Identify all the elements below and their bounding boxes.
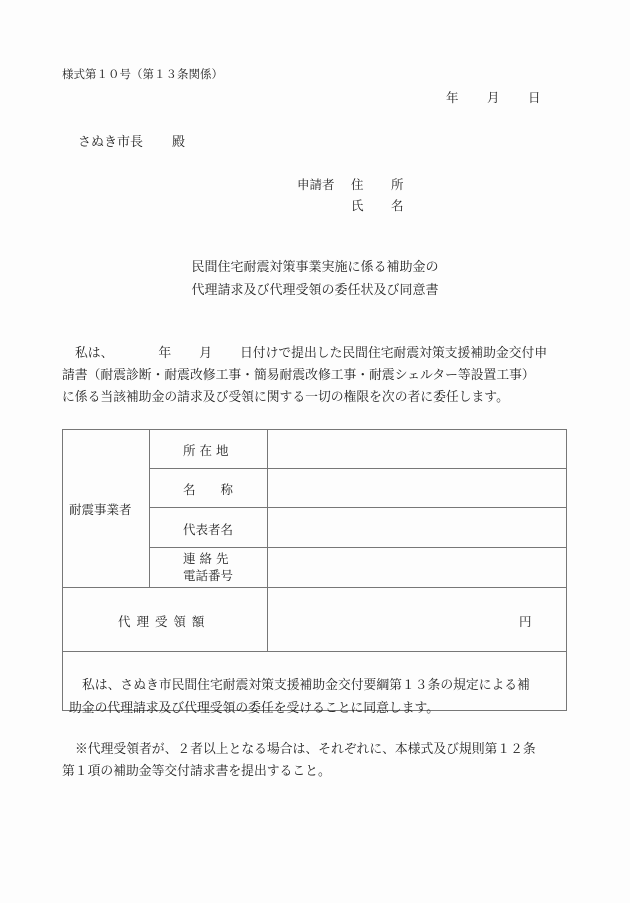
applicant-name-label-2: 名: [391, 196, 404, 214]
date-day-label: 日: [528, 88, 541, 106]
location-label: 所 在 地: [183, 441, 228, 459]
applicant-address-label-2: 所: [391, 175, 404, 193]
proxy-amount-label: 代 理 受 領 額: [118, 612, 205, 630]
date-month-label: 月: [487, 88, 500, 106]
title-line-1: 民間住宅耐震対策事業実施に係る補助金の: [0, 256, 630, 280]
contact-label-line-2: 電話番号: [183, 568, 233, 584]
applicant-name-label-1: 氏: [351, 196, 364, 214]
yen-unit-label: 円: [519, 612, 532, 630]
phone-field[interactable]: [269, 548, 565, 587]
footnote: ※代理受領者が、２者以上となる場合は、それぞれに、本様式及び規則第１２条 第１項…: [62, 739, 536, 783]
representative-label: 代表者名: [183, 520, 233, 538]
form-number: 様式第１０号（第１３条関係）: [62, 66, 223, 82]
intro-paragraph: 私は、年月日付けで提出した民間住宅耐震対策支援補助金交付申 請書（耐震診断・耐震…: [62, 343, 572, 409]
date-year-label: 年: [446, 88, 459, 106]
intro-line-1-start: 私は、: [62, 346, 113, 361]
contact-label-line-1: 連 絡 先: [183, 551, 228, 567]
representative-field[interactable]: [269, 508, 565, 547]
applicant-address-label-1: 住: [351, 175, 364, 193]
addressee-honorific: 殿: [172, 131, 185, 150]
proxy-amount-field[interactable]: [269, 588, 529, 651]
company-name-field[interactable]: [269, 469, 565, 507]
company-name-label: 名 称: [183, 480, 233, 498]
intro-line-1-end: 日付けで提出した民間住宅耐震対策支援補助金交付申: [240, 346, 547, 361]
consent-line-2: 助金の代理請求及び代理受領の委任を受けることに同意します。: [69, 697, 563, 720]
contractor-table: 耐震事業者 所 在 地 名 称 代表者名 連 絡 先 電話番号 代 理 受 領 …: [62, 429, 567, 711]
intro-line-1: 私は、年月日付けで提出した民間住宅耐震対策支援補助金交付申: [62, 343, 572, 365]
intro-line-2: 請書（耐震診断・耐震改修工事・簡易耐震改修工事・耐震シェルター等設置工事）: [62, 365, 572, 387]
addressee-name: さぬき市長: [78, 131, 143, 150]
location-field[interactable]: [269, 430, 565, 468]
footnote-line-1: ※代理受領者が、２者以上となる場合は、それぞれに、本様式及び規則第１２条: [62, 739, 536, 761]
footnote-line-2: 第１項の補助金等交付請求書を提出すること。: [62, 761, 536, 783]
intro-year-label: 年: [158, 346, 171, 361]
column-divider: [267, 430, 268, 651]
applicant-label: 申請者: [297, 175, 335, 193]
consent-line-1: 私は、さぬき市民間住宅耐震対策支援補助金交付要綱第１３条の規定による補: [69, 674, 563, 697]
intro-line-3: に係る当該補助金の請求及び受領に関する一切の権限を次の者に委任します。: [62, 387, 572, 409]
intro-month-label: 月: [199, 346, 212, 361]
row-divider: [63, 651, 566, 652]
contractor-group-label: 耐震事業者: [69, 500, 132, 518]
title-line-2: 代理請求及び代理受領の委任状及び同意書: [0, 279, 630, 303]
column-divider: [149, 430, 150, 587]
consent-statement: 私は、さぬき市民間住宅耐震対策支援補助金交付要綱第１３条の規定による補 助金の代…: [69, 674, 563, 720]
